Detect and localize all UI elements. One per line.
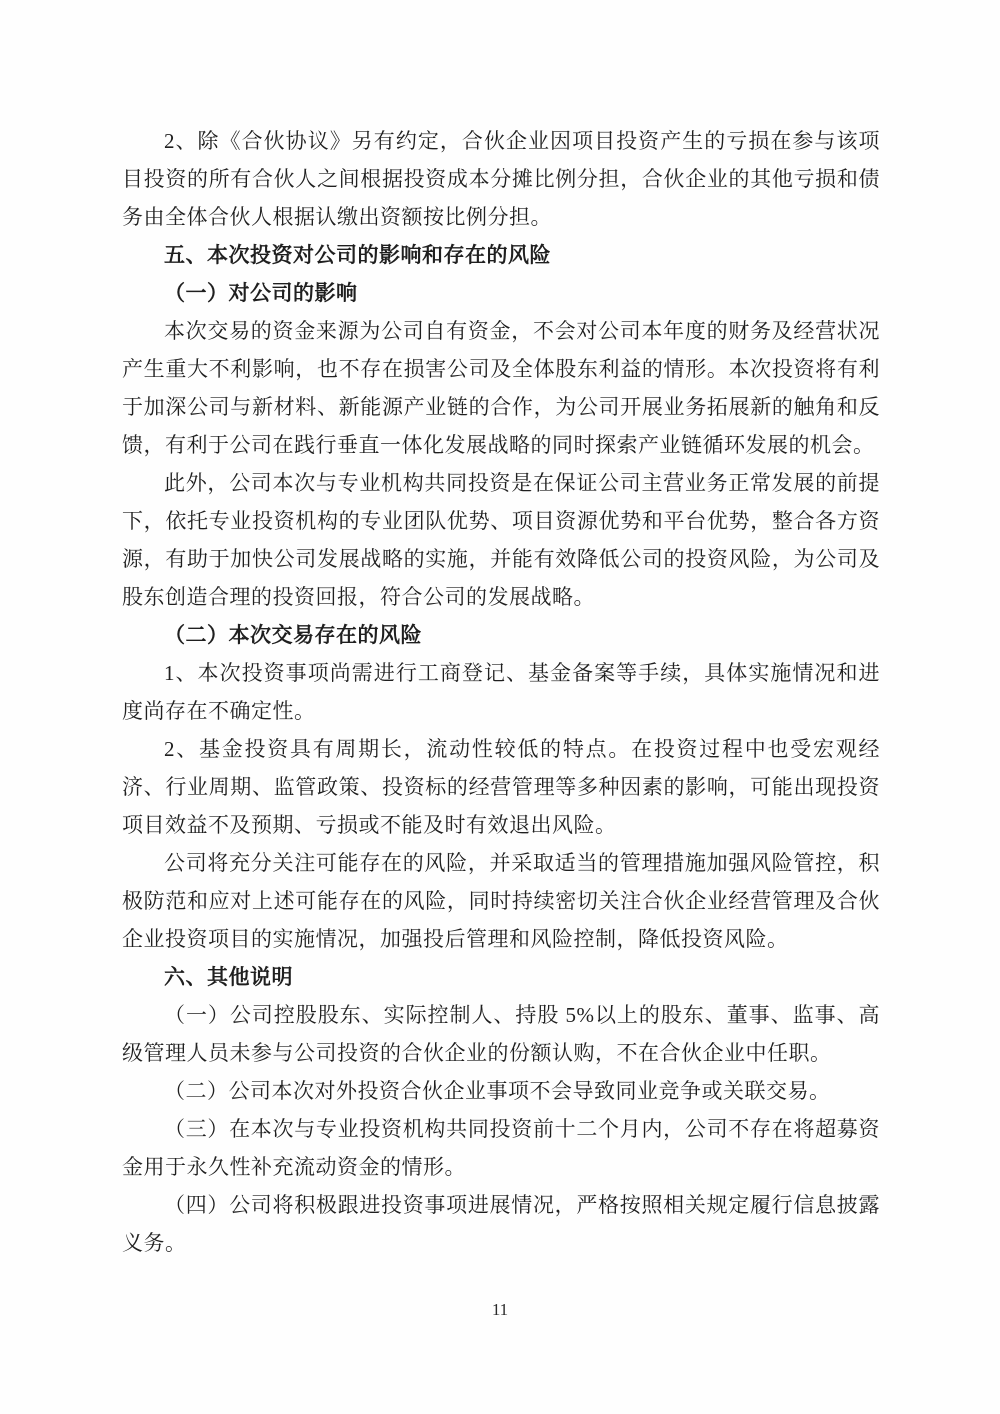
subsection-heading-5-2: （二）本次交易存在的风险 (122, 616, 880, 654)
section-heading-5: 五、本次投资对公司的影响和存在的风险 (122, 236, 880, 274)
paragraph-other-note-2: （二）公司本次对外投资合伙企业事项不会导致同业竞争或关联交易。 (122, 1072, 880, 1110)
paragraph-co-investment: 此外，公司本次与专业机构共同投资是在保证公司主营业务正常发展的前提下，依托专业投… (122, 464, 880, 616)
subsection-heading-5-1: （一）对公司的影响 (122, 274, 880, 312)
document-body: 2、除《合伙协议》另有约定，合伙企业因项目投资产生的亏损在参与该项目投资的所有合… (122, 122, 880, 1262)
paragraph-other-note-3: （三）在本次与专业投资机构共同投资前十二个月内，公司不存在将超募资金用于永久性补… (122, 1110, 880, 1186)
page-number: 11 (0, 1296, 1000, 1324)
paragraph-other-note-4: （四）公司将积极跟进投资事项进展情况，严格按照相关规定履行信息披露义务。 (122, 1186, 880, 1262)
document-page: 2、除《合伙协议》另有约定，合伙企业因项目投资产生的亏损在参与该项目投资的所有合… (0, 0, 1000, 1414)
paragraph-impact-on-company: 本次交易的资金来源为公司自有资金，不会对公司本年度的财务及经营状况产生重大不利影… (122, 312, 880, 464)
paragraph-risk-management: 公司将充分关注可能存在的风险，并采取适当的管理措施加强风险管控，积极防范和应对上… (122, 844, 880, 958)
paragraph-risk-1: 1、本次投资事项尚需进行工商登记、基金备案等手续，具体实施情况和进度尚存在不确定… (122, 654, 880, 730)
paragraph-other-note-1: （一）公司控股股东、实际控制人、持股 5%以上的股东、董事、监事、高级管理人员未… (122, 996, 880, 1072)
section-heading-6: 六、其他说明 (122, 958, 880, 996)
paragraph-risk-2: 2、基金投资具有周期长，流动性较低的特点。在投资过程中也受宏观经济、行业周期、监… (122, 730, 880, 844)
paragraph-loss-sharing: 2、除《合伙协议》另有约定，合伙企业因项目投资产生的亏损在参与该项目投资的所有合… (122, 122, 880, 236)
